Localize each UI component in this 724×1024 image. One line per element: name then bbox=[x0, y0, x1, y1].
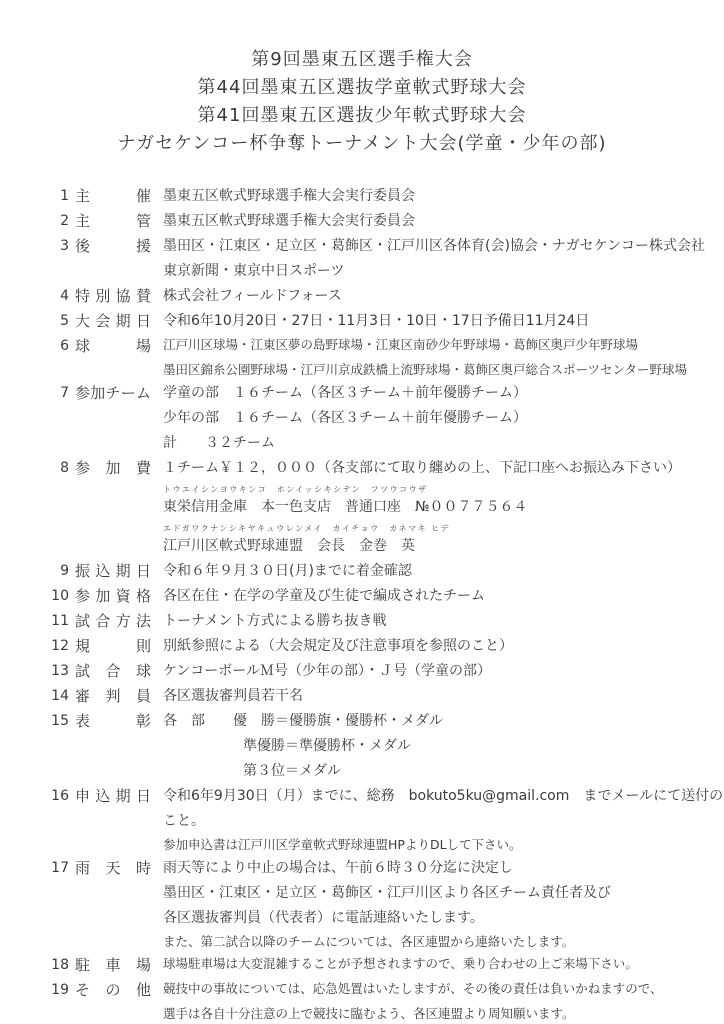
item-label: 審判員 bbox=[75, 684, 163, 709]
item-number: 3 bbox=[0, 234, 75, 259]
item-number bbox=[0, 906, 75, 931]
item-label bbox=[75, 906, 163, 931]
item-content: 各区選抜審判員若干名 bbox=[163, 684, 724, 709]
item-row: 18駐車場球場駐車場は大変混雑することが予想されますので、乗り合わせの上ご来場下… bbox=[0, 953, 724, 978]
item-text: また、第二試合以降のチームについては、各区連盟から連絡いたします。 bbox=[163, 931, 724, 953]
item-label bbox=[75, 734, 163, 759]
item-number bbox=[0, 481, 75, 520]
item-label bbox=[75, 1003, 163, 1024]
item-content: 少年の部 １６チーム（各区３チーム＋前年優勝チーム） bbox=[163, 406, 724, 431]
item-row: 13試合球ケンコーボールＭ号（少年の部）・Ｊ号（学童の部） bbox=[0, 659, 724, 684]
item-text: 少年の部 １６チーム（各区３チーム＋前年優勝チーム） bbox=[163, 406, 724, 431]
item-label bbox=[75, 481, 163, 520]
item-text: 準優勝＝準優勝杯・メダル bbox=[163, 734, 724, 759]
item-content: 準優勝＝準優勝杯・メダル bbox=[163, 734, 724, 759]
item-number: 17 bbox=[0, 856, 75, 881]
item-content: また、第二試合以降のチームについては、各区連盟から連絡いたします。 bbox=[163, 931, 724, 953]
document-title-block: 第9回墨東五区選手権大会 第44回墨東五区選抜学童軟式野球大会 第41回墨東五区… bbox=[0, 46, 724, 158]
item-text: 各 部 優 勝＝優勝旗・優勝杯・メダル bbox=[163, 709, 724, 734]
item-number bbox=[0, 1003, 75, 1024]
item-number: 11 bbox=[0, 609, 75, 634]
item-text: 第３位＝メダル bbox=[163, 759, 724, 784]
item-label: 申込期日 bbox=[75, 784, 163, 834]
item-row: 7参加チーム学童の部 １６チーム（各区３チーム＋前年優勝チーム） bbox=[0, 381, 724, 406]
item-number bbox=[0, 881, 75, 906]
item-row: 11試合方法トーナメント方式による勝ち抜き戦 bbox=[0, 609, 724, 634]
item-content: 墨田区・江東区・足立区・葛飾区・江戸川区より各区チーム責任者及び bbox=[163, 881, 724, 906]
item-row: 墨田区・江東区・足立区・葛飾区・江戸川区より各区チーム責任者及び bbox=[0, 881, 724, 906]
item-number bbox=[0, 431, 75, 456]
item-label: 大会期日 bbox=[75, 309, 163, 334]
item-text: 別紙参照による（大会規定及び注意事項を参照のこと） bbox=[163, 634, 724, 659]
item-content: 雨天等により中止の場合は、午前６時３０分迄に決定し bbox=[163, 856, 724, 881]
item-number bbox=[0, 359, 75, 381]
item-row: 準優勝＝準優勝杯・メダル bbox=[0, 734, 724, 759]
item-text: 各区在住・在学の学童及び生徒で編成されたチーム bbox=[163, 584, 724, 609]
item-number: 18 bbox=[0, 953, 75, 978]
item-number: 14 bbox=[0, 684, 75, 709]
item-content: 東京新聞・東京中日スポーツ bbox=[163, 259, 724, 284]
item-text: 学童の部 １６チーム（各区３チーム＋前年優勝チーム） bbox=[163, 381, 724, 406]
item-content: 各区選抜審判員（代表者）に電話連絡いたします。 bbox=[163, 906, 724, 931]
item-content: 参加申込書は江戸川区学童軟式野球連盟HPよりDLして下さい。 bbox=[163, 834, 724, 856]
item-number bbox=[0, 834, 75, 856]
item-text: 令和６年９月３０日(月)までに着金確認 bbox=[163, 559, 724, 584]
item-row: 10参加資格各区在住・在学の学童及び生徒で編成されたチーム bbox=[0, 584, 724, 609]
item-text: 墨田区・江東区・足立区・葛飾区・江戸川区各体育(会)協会・ナガセケンコー株式会社 bbox=[163, 234, 724, 259]
item-content: 令和6年9月30日（月）までに、総務 bokuto5ku@gmail.com ま… bbox=[163, 784, 724, 834]
item-content: 株式会社フィールドフォース bbox=[163, 284, 724, 309]
item-label: 参加チーム bbox=[75, 381, 163, 406]
item-row: 東京新聞・東京中日スポーツ bbox=[0, 259, 724, 284]
item-content: 学童の部 １６チーム（各区３チーム＋前年優勝チーム） bbox=[163, 381, 724, 406]
item-label: 参加費 bbox=[75, 456, 163, 481]
item-label: 後援 bbox=[75, 234, 163, 259]
item-content: ケンコーボールＭ号（少年の部）・Ｊ号（学童の部） bbox=[163, 659, 724, 684]
item-content: 江戸川区球場・江東区夢の島野球場・江東区南砂少年野球場・葛飾区奥戸少年野球場 bbox=[163, 334, 724, 359]
item-row: 17雨天時雨天等により中止の場合は、午前６時３０分迄に決定し bbox=[0, 856, 724, 881]
item-label bbox=[75, 759, 163, 784]
item-text: 江戸川区球場・江東区夢の島野球場・江東区南砂少年野球場・葛飾区奥戸少年野球場 bbox=[163, 334, 724, 356]
item-content: 令和6年10月20日・27日・11月3日・10日・17日予備日11月24日 bbox=[163, 309, 724, 334]
item-text: 令和6年9月30日（月）までに、総務 bokuto5ku@gmail.com ま… bbox=[163, 784, 724, 834]
item-text: 球場駐車場は大変混雑することが予想されますので、乗り合わせの上ご来場下さい。 bbox=[163, 953, 724, 975]
item-number: 10 bbox=[0, 584, 75, 609]
item-row: 各区選抜審判員（代表者）に電話連絡いたします。 bbox=[0, 906, 724, 931]
item-row: 選手は各自十分注意の上で競技に臨むよう、各区連盟より周知願います。 bbox=[0, 1003, 724, 1024]
item-label bbox=[75, 406, 163, 431]
item-row: 参加申込書は江戸川区学童軟式野球連盟HPよりDLして下さい。 bbox=[0, 834, 724, 856]
item-text: 墨東五区軟式野球選手権大会実行委員会 bbox=[163, 209, 724, 234]
item-text: 各区選抜審判員若干名 bbox=[163, 684, 724, 709]
item-label: 雨天時 bbox=[75, 856, 163, 881]
item-number bbox=[0, 734, 75, 759]
item-content: 各区在住・在学の学童及び生徒で編成されたチーム bbox=[163, 584, 724, 609]
item-text: 雨天等により中止の場合は、午前６時３０分迄に決定し bbox=[163, 856, 724, 881]
item-row: 9振込期日令和６年９月３０日(月)までに着金確認 bbox=[0, 559, 724, 584]
item-text: トーナメント方式による勝ち抜き戦 bbox=[163, 609, 724, 634]
item-row: 3後援墨田区・江東区・足立区・葛飾区・江戸川区各体育(会)協会・ナガセケンコー株… bbox=[0, 234, 724, 259]
item-label: 主管 bbox=[75, 209, 163, 234]
item-row: 15表彰各 部 優 勝＝優勝旗・優勝杯・メダル bbox=[0, 709, 724, 734]
item-label: 振込期日 bbox=[75, 559, 163, 584]
item-text: 計 ３２チーム bbox=[163, 431, 724, 456]
item-label: 球場 bbox=[75, 334, 163, 359]
item-number: 8 bbox=[0, 456, 75, 481]
item-text: 令和6年10月20日・27日・11月3日・10日・17日予備日11月24日 bbox=[163, 309, 724, 334]
item-label: 試合球 bbox=[75, 659, 163, 684]
item-row: トウエイシンヨウキンコ ホンイッシキシテン フツウコウザ東栄信用金庫 本一色支店… bbox=[0, 481, 724, 520]
item-number bbox=[0, 406, 75, 431]
item-label: 参加資格 bbox=[75, 584, 163, 609]
item-row: 8参加費１チーム￥１２，０００（各支部にて取り纏めの上、下記口座へお振込み下さい… bbox=[0, 456, 724, 481]
item-label bbox=[75, 259, 163, 284]
item-content: １チーム￥１２，０００（各支部にて取り纏めの上、下記口座へお振込み下さい） bbox=[163, 456, 724, 481]
item-text: ケンコーボールＭ号（少年の部）・Ｊ号（学童の部） bbox=[163, 659, 724, 684]
item-content: 競技中の事故については、応急処置はいたしますが、その後の責任は負いかねますので、 bbox=[163, 978, 724, 1003]
item-row: 第３位＝メダル bbox=[0, 759, 724, 784]
item-row: 墨田区錦糸公園野球場・江戸川京成鉄橋上流野球場・葛飾区奥戸総合スポーツセンター野… bbox=[0, 359, 724, 381]
item-text: 墨田区・江東区・足立区・葛飾区・江戸川区より各区チーム責任者及び bbox=[163, 881, 724, 906]
item-label: 駐車場 bbox=[75, 953, 163, 978]
item-label bbox=[75, 931, 163, 953]
item-text: 競技中の事故については、応急処置はいたしますが、その後の責任は負いかねますので、 bbox=[163, 978, 724, 1000]
item-row: 2主管墨東五区軟式野球選手権大会実行委員会 bbox=[0, 209, 724, 234]
item-number: 12 bbox=[0, 634, 75, 659]
item-content: 墨田区錦糸公園野球場・江戸川京成鉄橋上流野球場・葛飾区奥戸総合スポーツセンター野… bbox=[163, 359, 724, 381]
item-content: 各 部 優 勝＝優勝旗・優勝杯・メダル bbox=[163, 709, 724, 734]
item-number: 19 bbox=[0, 978, 75, 1003]
item-row: 4特別協賛株式会社フィールドフォース bbox=[0, 284, 724, 309]
title-line-1: 第9回墨東五区選手権大会 bbox=[0, 46, 724, 74]
title-line-3: 第41回墨東五区選抜少年軟式野球大会 bbox=[0, 102, 724, 130]
item-number: 13 bbox=[0, 659, 75, 684]
item-content: 球場駐車場は大変混雑することが予想されますので、乗り合わせの上ご来場下さい。 bbox=[163, 953, 724, 978]
item-row: 少年の部 １６チーム（各区３チーム＋前年優勝チーム） bbox=[0, 406, 724, 431]
item-content: 令和６年９月３０日(月)までに着金確認 bbox=[163, 559, 724, 584]
item-content: エドガワクナンシキヤキュウレンメイ カイチョウ カネマキ ヒデ江戸川区軟式野球連… bbox=[163, 520, 724, 559]
item-row: 計 ３２チーム bbox=[0, 431, 724, 456]
item-content: 計 ３２チーム bbox=[163, 431, 724, 456]
item-row: 14審判員各区選抜審判員若干名 bbox=[0, 684, 724, 709]
item-content: 墨田区・江東区・足立区・葛飾区・江戸川区各体育(会)協会・ナガセケンコー株式会社 bbox=[163, 234, 724, 259]
furigana-text: エドガワクナンシキヤキュウレンメイ カイチョウ カネマキ ヒデ bbox=[163, 524, 724, 534]
item-number bbox=[0, 520, 75, 559]
item-number: 4 bbox=[0, 284, 75, 309]
item-text: 選手は各自十分注意の上で競技に臨むよう、各区連盟より周知願います。 bbox=[163, 1003, 724, 1024]
item-number bbox=[0, 759, 75, 784]
item-row: 5大会期日令和6年10月20日・27日・11月3日・10日・17日予備日11月2… bbox=[0, 309, 724, 334]
item-number: 1 bbox=[0, 184, 75, 209]
item-text: 墨東五区軟式野球選手権大会実行委員会 bbox=[163, 184, 724, 209]
document-page: 第9回墨東五区選手権大会 第44回墨東五区選抜学童軟式野球大会 第41回墨東五区… bbox=[0, 0, 724, 1024]
item-content: トウエイシンヨウキンコ ホンイッシキシテン フツウコウザ東栄信用金庫 本一色支店… bbox=[163, 481, 724, 520]
title-line-4: ナガセケンコー杯争奪トーナメント大会(学童・少年の部) bbox=[0, 130, 724, 158]
item-text: 墨田区錦糸公園野球場・江戸川京成鉄橋上流野球場・葛飾区奥戸総合スポーツセンター野… bbox=[163, 359, 724, 381]
item-row: 1主催墨東五区軟式野球選手権大会実行委員会 bbox=[0, 184, 724, 209]
item-label: 試合方法 bbox=[75, 609, 163, 634]
item-label: 特別協賛 bbox=[75, 284, 163, 309]
item-row: また、第二試合以降のチームについては、各区連盟から連絡いたします。 bbox=[0, 931, 724, 953]
item-number: 7 bbox=[0, 381, 75, 406]
furigana-text: トウエイシンヨウキンコ ホンイッシキシテン フツウコウザ bbox=[163, 485, 724, 495]
item-content: トーナメント方式による勝ち抜き戦 bbox=[163, 609, 724, 634]
item-row: 19その他競技中の事故については、応急処置はいたしますが、その後の責任は負いかね… bbox=[0, 978, 724, 1003]
item-label bbox=[75, 520, 163, 559]
item-label bbox=[75, 359, 163, 381]
item-number: 15 bbox=[0, 709, 75, 734]
item-number bbox=[0, 931, 75, 953]
item-text: 各区選抜審判員（代表者）に電話連絡いたします。 bbox=[163, 906, 724, 931]
item-content: 墨東五区軟式野球選手権大会実行委員会 bbox=[163, 209, 724, 234]
item-text: 東京新聞・東京中日スポーツ bbox=[163, 259, 724, 284]
item-label: 主催 bbox=[75, 184, 163, 209]
item-content: 墨東五区軟式野球選手権大会実行委員会 bbox=[163, 184, 724, 209]
item-text: 株式会社フィールドフォース bbox=[163, 284, 724, 309]
item-content: 選手は各自十分注意の上で競技に臨むよう、各区連盟より周知願います。 bbox=[163, 1003, 724, 1024]
item-row: 6球場江戸川区球場・江東区夢の島野球場・江東区南砂少年野球場・葛飾区奥戸少年野球… bbox=[0, 334, 724, 359]
items-list: 1主催墨東五区軟式野球選手権大会実行委員会2主管墨東五区軟式野球選手権大会実行委… bbox=[0, 184, 724, 1024]
item-label: 表彰 bbox=[75, 709, 163, 734]
item-number bbox=[0, 259, 75, 284]
item-label: その他 bbox=[75, 978, 163, 1003]
item-row: エドガワクナンシキヤキュウレンメイ カイチョウ カネマキ ヒデ江戸川区軟式野球連… bbox=[0, 520, 724, 559]
item-label bbox=[75, 834, 163, 856]
item-number: 6 bbox=[0, 334, 75, 359]
item-row: 16申込期日令和6年9月30日（月）までに、総務 bokuto5ku@gmail… bbox=[0, 784, 724, 834]
item-text: １チーム￥１２，０００（各支部にて取り纏めの上、下記口座へお振込み下さい） bbox=[163, 456, 724, 481]
item-number: 16 bbox=[0, 784, 75, 834]
item-number: 2 bbox=[0, 209, 75, 234]
item-text: 江戸川区軟式野球連盟 会長 金巻 英 bbox=[163, 534, 724, 559]
item-text: 東栄信用金庫 本一色支店 普通口座 №００７７５６４ bbox=[163, 495, 724, 520]
item-row: 12規則別紙参照による（大会規定及び注意事項を参照のこと） bbox=[0, 634, 724, 659]
item-number: 9 bbox=[0, 559, 75, 584]
item-label bbox=[75, 431, 163, 456]
item-content: 別紙参照による（大会規定及び注意事項を参照のこと） bbox=[163, 634, 724, 659]
title-line-2: 第44回墨東五区選抜学童軟式野球大会 bbox=[0, 74, 724, 102]
item-text: 参加申込書は江戸川区学童軟式野球連盟HPよりDLして下さい。 bbox=[163, 834, 724, 856]
item-number: 5 bbox=[0, 309, 75, 334]
item-content: 第３位＝メダル bbox=[163, 759, 724, 784]
item-label bbox=[75, 881, 163, 906]
item-label: 規則 bbox=[75, 634, 163, 659]
